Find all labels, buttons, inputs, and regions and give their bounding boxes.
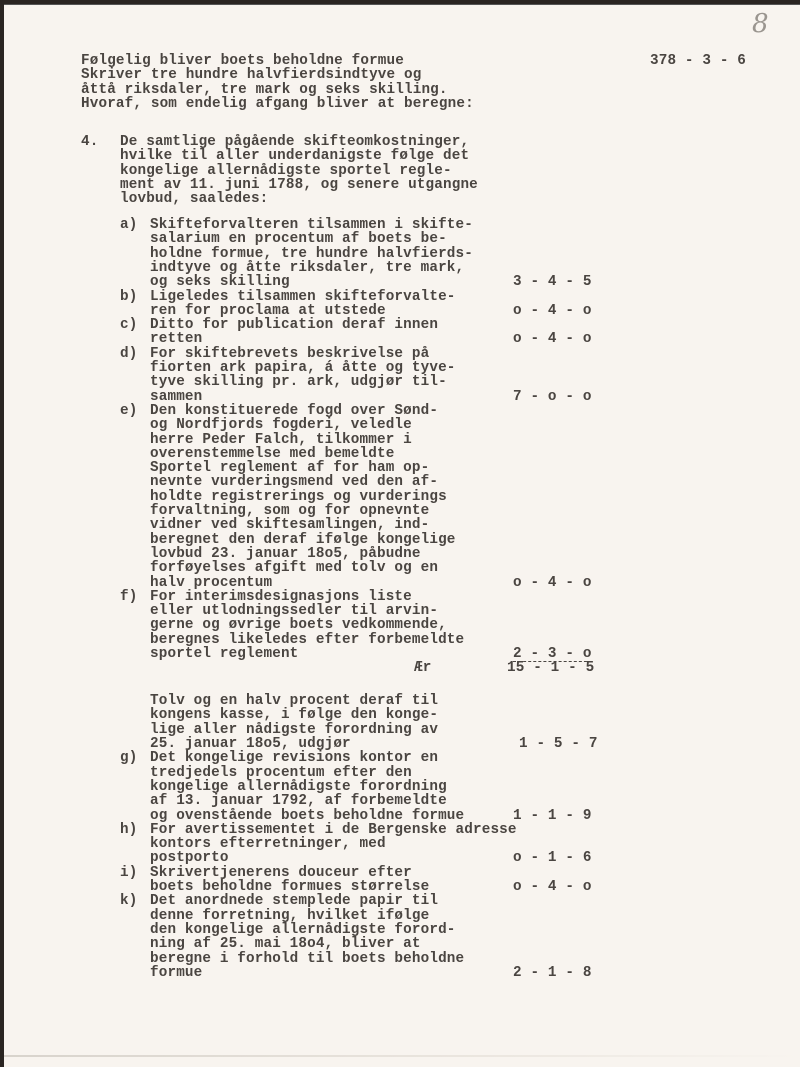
item-line: Ditto for publication deraf innen [150, 318, 438, 332]
item-line: overenstemmelse med bemeldte [150, 447, 394, 461]
item-amount: 7 - o - o [513, 390, 592, 404]
item-amount: o - 4 - o [513, 304, 592, 318]
item-line: eller utlodningssedler til arvin- [150, 604, 438, 618]
item-line: af 13. januar 1792, af forbemeldte [150, 794, 447, 808]
item-line: For interimsdesignasjons liste [150, 590, 412, 604]
item-amount: o - 1 - 6 [513, 851, 592, 865]
item-line: Det anordnede stemplede papir til [150, 894, 438, 908]
item-amount: 1 - 1 - 9 [513, 809, 592, 823]
item-line: forvaltning, som og for opnevnte [150, 504, 429, 518]
item-amount: o - 4 - o [513, 880, 592, 894]
item-line: den kongelige allernådigste forord- [150, 923, 456, 937]
document-page: 8 378 - 3 - 6 Følgelig bliver boets beho… [4, 4, 800, 1067]
item-label: i) [120, 866, 137, 880]
item-line: indtyve og åtte riksdaler, tre mark, [150, 261, 464, 275]
item-label: d) [120, 347, 137, 361]
item-line: holdte registrerings og vurderings [150, 490, 447, 504]
item-label: g) [120, 751, 137, 765]
tax-note-line: 25. januar 18o5, udgjør [150, 737, 351, 751]
item-line: Den konstituerede fogd over Sønd- [150, 404, 438, 418]
item-line: sportel reglement [150, 647, 298, 661]
item-line: og ovenstående boets beholdne formue [150, 809, 464, 823]
item-label: b) [120, 290, 137, 304]
tax-note-line: Tolv og en halv procent deraf til [150, 694, 438, 708]
item-line: ren for proclama at utstede [150, 304, 386, 318]
subtotal-label: Ær [414, 661, 431, 675]
item-line: lovbud 23. januar 18o5, påbudne [150, 547, 421, 561]
item-label: e) [120, 404, 137, 418]
item-line: Det kongelige revisions kontor en [150, 751, 438, 765]
item-line: Skrivertjenerens douceur efter [150, 866, 412, 880]
item-line: boets beholdne formues størrelse [150, 880, 429, 894]
item-line: halv procentum [150, 576, 272, 590]
item-amount: o - 4 - o [513, 576, 592, 590]
item-line: forføyelses afgift med tolv og en [150, 561, 438, 575]
item-line: postporto [150, 851, 229, 865]
item-line: For avertissementet i de Bergenske adres… [150, 823, 517, 837]
tax-note-line: kongens kasse, i følge den konge- [150, 708, 438, 722]
item-line: og Nordfjords fogderi, veledle [150, 418, 412, 432]
intro-line: Skriver tre hundre halvfierdsindtyve og [81, 68, 421, 82]
item-line: fiorten ark papira, á åtte og tyve- [150, 361, 456, 375]
item-label: k) [120, 894, 137, 908]
intro-line: åttå riksdaler, tre mark og seks skillin… [81, 83, 448, 97]
tax-note-amount: 1 - 5 - 7 [519, 737, 598, 751]
page-bottom-edge [4, 1055, 800, 1057]
item-line: nevnte vurderingsmend ved den af- [150, 475, 438, 489]
section-line: De samtlige pågående skifteomkostninger, [120, 135, 469, 149]
item-line: Ligeledes tilsammen skifteforvalte- [150, 290, 456, 304]
section-line: hvilke til aller underdanigste følge det [120, 149, 469, 163]
item-line: Sportel reglement af for ham op- [150, 461, 429, 475]
section-number: 4. [81, 135, 98, 149]
section-line: kongelige allernådigste sportel regle- [120, 164, 452, 178]
item-line: Skifteforvalteren tilsammen i skifte- [150, 218, 473, 232]
item-line: gerne og øvrige boets vedkommende, [150, 618, 447, 632]
item-amount: o - 4 - o [513, 332, 592, 346]
item-line: tyve skilling pr. ark, udgjør til- [150, 375, 447, 389]
item-line: tredjedels procentum efter den [150, 766, 412, 780]
section-line: lovbud, saaledes: [120, 192, 268, 206]
item-line: beregne i forhold til boets beholdne [150, 952, 464, 966]
item-label: h) [120, 823, 137, 837]
item-label: c) [120, 318, 137, 332]
item-line: kontors efterretninger, med [150, 837, 386, 851]
item-line: vidner ved skiftesamlingen, ind- [150, 518, 429, 532]
intro-line: Hvoraf, som endelig afgang bliver at ber… [81, 97, 474, 111]
item-label: f) [120, 590, 137, 604]
tax-note-line: lige aller nådigste forordning av [150, 723, 438, 737]
item-line: denne forretning, hvilket ifølge [150, 909, 429, 923]
item-line: beregnet den deraf ifølge kongelige [150, 533, 456, 547]
item-line: holdne formue, tre hundre halvfierds- [150, 247, 473, 261]
item-line: beregnes likeledes efter forbemeldte [150, 633, 464, 647]
item-line: formue [150, 966, 202, 980]
header-amount: 378 - 3 - 6 [650, 54, 746, 68]
item-line: retten [150, 332, 202, 346]
item-line: herre Peder Falch, tilkommer i [150, 433, 412, 447]
item-line: kongelige allernådigste forordning [150, 780, 447, 794]
item-line: ning af 25. mai 18o4, bliver at [150, 937, 421, 951]
intro-line: Følgelig bliver boets beholdne formue [81, 54, 404, 68]
handwritten-page-number: 8 [752, 9, 769, 39]
item-amount: 2 - 1 - 8 [513, 966, 592, 980]
item-label: a) [120, 218, 137, 232]
item-line: sammen [150, 390, 202, 404]
item-line: salarium en procentum af boets be- [150, 232, 447, 246]
item-line: og seks skilling [150, 275, 290, 289]
item-line: For skiftebrevets beskrivelse på [150, 347, 429, 361]
subtotal-amount: 15 - 1 - 5 [507, 661, 594, 675]
item-amount: 3 - 4 - 5 [513, 275, 592, 289]
section-line: ment av 11. juni 1788, og senere utgangn… [120, 178, 478, 192]
